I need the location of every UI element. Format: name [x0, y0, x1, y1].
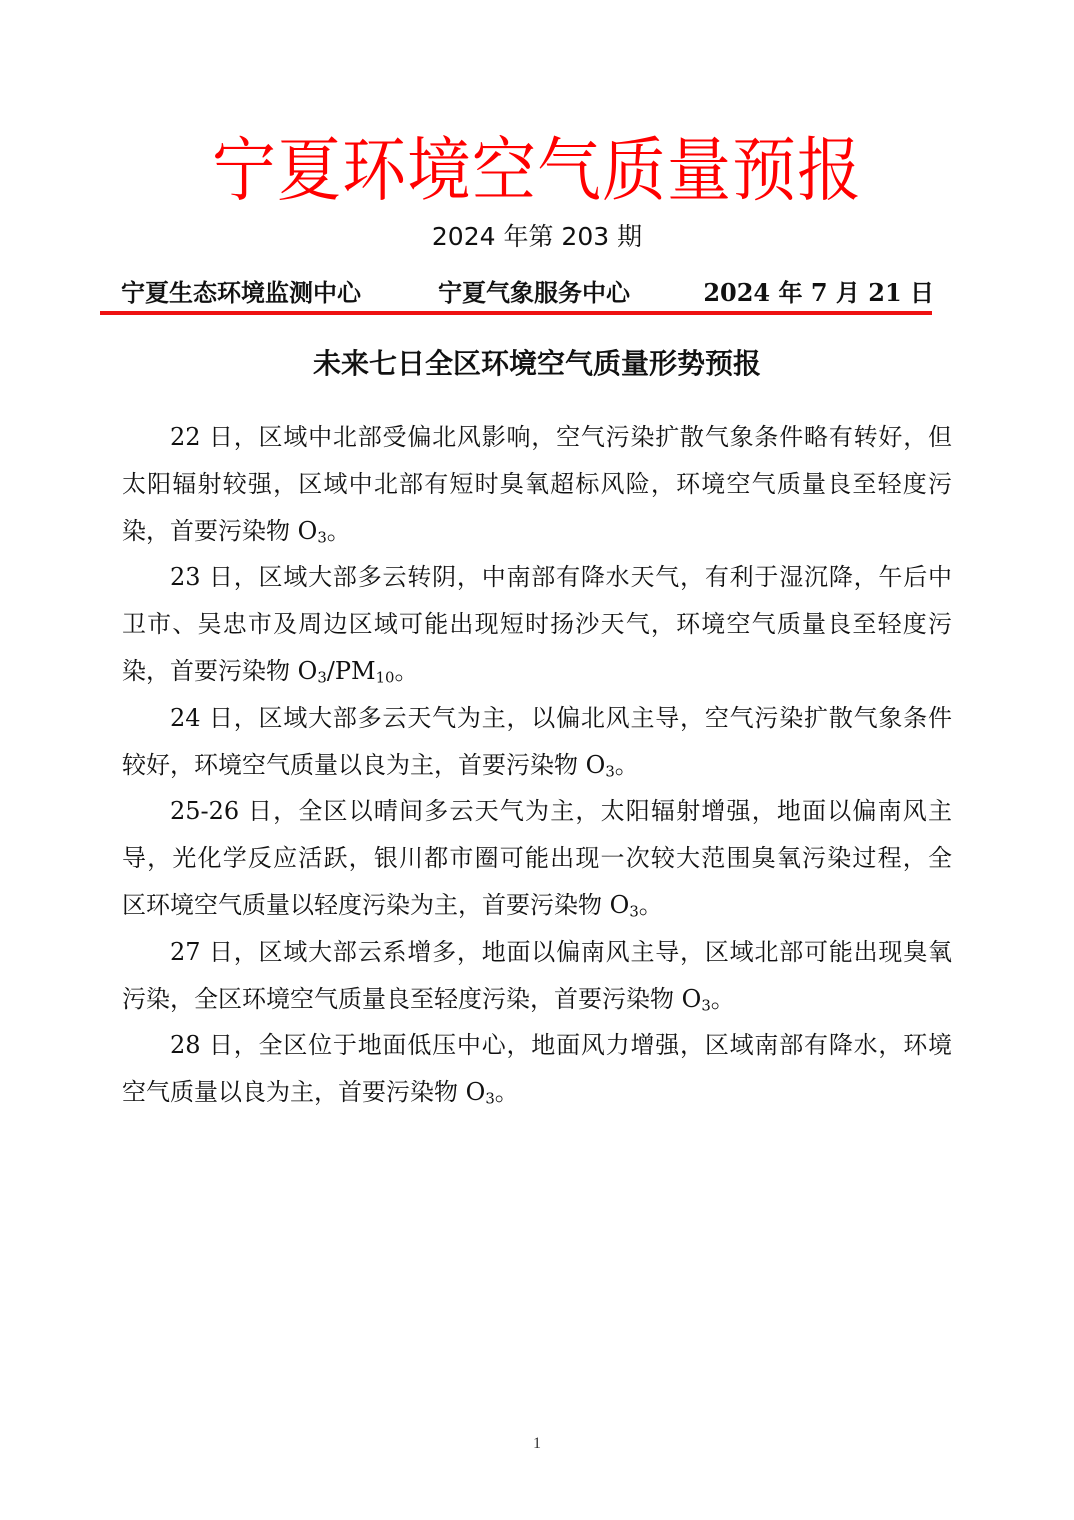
paragraph-line: 空气质量以良为主，首要污染物 O3。	[122, 1069, 952, 1116]
subscript: 3	[629, 903, 638, 921]
paragraph-line-text: 染，首要污染物 O	[122, 517, 317, 545]
subscript: 3	[605, 762, 614, 780]
paragraph-line-text: 区环境空气质量以轻度污染为主，首要污染物 O	[122, 891, 629, 919]
subscript: 3	[317, 669, 326, 687]
paragraph-line: 染，首要污染物 O3/PM10。	[122, 648, 952, 695]
paragraph-line: 27 日，区域大部云系增多，地面以偏南风主导，区域北部可能出现臭氧	[122, 929, 952, 976]
paragraph-line: 卫市、吴忠市及周边区域可能出现短时扬沙天气，环境空气质量良至轻度污	[122, 601, 952, 648]
subscript: 10	[376, 669, 395, 687]
issuer-row: 宁夏生态环境监测中心 宁夏气象服务中心 2024 年 7 月 21 日	[121, 276, 934, 310]
issuer-monitoring-center: 宁夏生态环境监测中心	[121, 276, 361, 310]
paragraph-line: 污染，全区环境空气质量良至轻度污染，首要污染物 O3。	[122, 976, 952, 1023]
sentence-end: 。	[639, 891, 663, 919]
forecast-paragraph-24: 24 日，区域大部多云天气为主，以偏北风主导，空气污染扩散气象条件 较好，环境空…	[122, 695, 952, 789]
paragraph-line-text: 污染，全区环境空气质量良至轻度污染，首要污染物 O	[122, 985, 701, 1013]
paragraph-line: 28 日，全区位于地面低压中心，地面风力增强，区域南部有降水，环境	[122, 1022, 952, 1069]
paragraph-line: 导，光化学反应活跃，银川都市圈可能出现一次较大范围臭氧污染过程，全	[122, 835, 952, 882]
paragraph-line: 22 日，区域中北部受偏北风影响，空气污染扩散气象条件略有转好，但	[122, 414, 952, 461]
forecast-paragraph-27: 27 日，区域大部云系增多，地面以偏南风主导，区域北部可能出现臭氧 污染，全区环…	[122, 929, 952, 1023]
page-number: 1	[0, 1434, 1074, 1454]
forecast-paragraph-22: 22 日，区域中北部受偏北风影响，空气污染扩散气象条件略有转好，但 太阳辐射较强…	[122, 414, 952, 554]
paragraph-line-text: 染，首要污染物 O	[122, 657, 317, 685]
forecast-paragraph-25-26: 25-26 日，全区以晴间多云天气为主，太阳辐射增强，地面以偏南风主 导，光化学…	[122, 788, 952, 928]
red-divider-rule	[100, 311, 932, 315]
issue-date: 2024 年 7 月 21 日	[703, 276, 934, 310]
paragraph-line: 区环境空气质量以轻度污染为主，首要污染物 O3。	[122, 882, 952, 929]
sentence-end: 。	[495, 1078, 519, 1106]
sentence-end: 。	[395, 657, 419, 685]
paragraph-line: 太阳辐射较强，区域中北部有短时臭氧超标风险，环境空气质量良至轻度污	[122, 461, 952, 508]
forecast-body: 22 日，区域中北部受偏北风影响，空气污染扩散气象条件略有转好，但 太阳辐射较强…	[122, 414, 952, 1116]
paragraph-line: 染，首要污染物 O3。	[122, 508, 952, 555]
paragraph-line: 23 日，区域大部多云转阴，中南部有降水天气，有利于湿沉降，午后中	[122, 554, 952, 601]
paragraph-line: 较好，环境空气质量以良为主，首要污染物 O3。	[122, 742, 952, 789]
pollutant-separator: /PM	[327, 657, 376, 685]
masthead-title: 宁夏环境空气质量预报	[0, 128, 1074, 214]
paragraph-line: 24 日，区域大部多云天气为主，以偏北风主导，空气污染扩散气象条件	[122, 695, 952, 742]
sentence-end: 。	[615, 751, 639, 779]
paragraph-line-text: 空气质量以良为主，首要污染物 O	[122, 1078, 485, 1106]
issue-number: 2024 年第 203 期	[0, 220, 1074, 254]
subscript: 3	[701, 996, 710, 1014]
document-page: 宁夏环境空气质量预报 2024 年第 203 期 宁夏生态环境监测中心 宁夏气象…	[0, 0, 1074, 1520]
paragraph-line: 25-26 日，全区以晴间多云天气为主，太阳辐射增强，地面以偏南风主	[122, 788, 952, 835]
subscript: 3	[485, 1090, 494, 1108]
sentence-end: 。	[711, 985, 735, 1013]
forecast-paragraph-23: 23 日，区域大部多云转阴，中南部有降水天气，有利于湿沉降，午后中 卫市、吴忠市…	[122, 554, 952, 694]
issuer-meteorological-center: 宁夏气象服务中心	[438, 276, 630, 310]
sentence-end: 。	[327, 517, 351, 545]
section-heading: 未来七日全区环境空气质量形势预报	[0, 344, 1074, 384]
forecast-paragraph-28: 28 日，全区位于地面低压中心，地面风力增强，区域南部有降水，环境 空气质量以良…	[122, 1022, 952, 1116]
subscript: 3	[317, 528, 326, 546]
paragraph-line-text: 较好，环境空气质量以良为主，首要污染物 O	[122, 751, 605, 779]
